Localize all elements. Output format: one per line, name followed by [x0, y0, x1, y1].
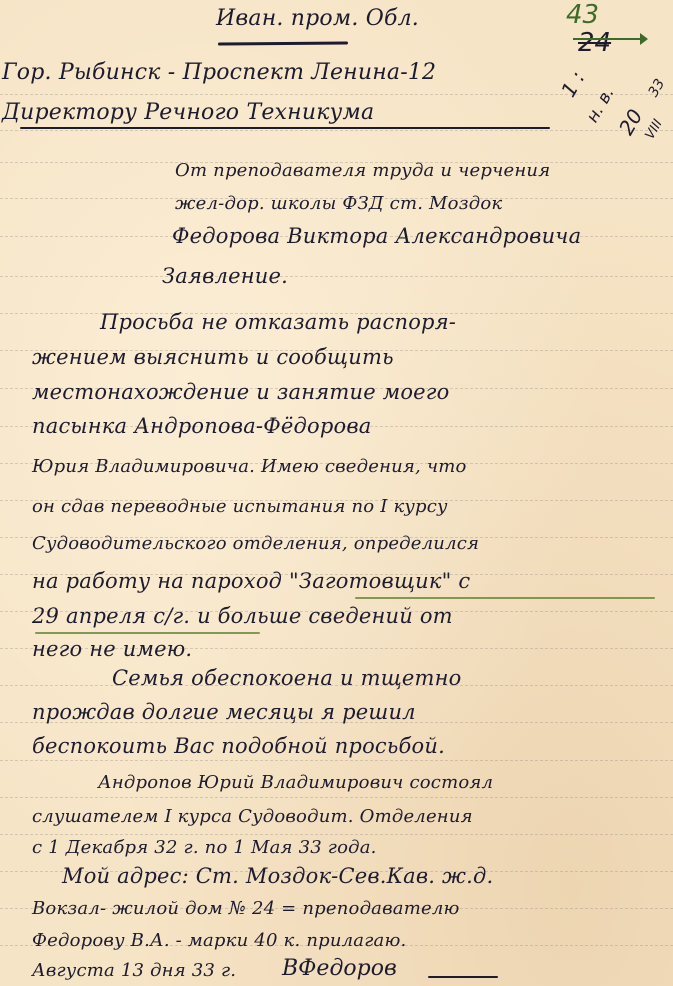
body-line: Вокзал- жилой дом № 24 = преподавателю: [32, 898, 460, 919]
arrow-head-icon: [640, 33, 648, 45]
body-line: 29 апреля с/г. и больше сведений от: [32, 604, 453, 628]
from-line: Федорова Виктора Александровича: [172, 224, 581, 248]
body-line: Андропов Юрий Владимирович состоял: [98, 772, 493, 793]
body-line: Мой адрес: Ст. Моздок-Сев.Кав. ж.д.: [62, 864, 493, 888]
ruled-line: [0, 797, 673, 798]
crossed-number: 24: [578, 28, 611, 58]
body-line: местонахождение и занятие моего: [32, 380, 449, 404]
body-line: Семья обеспокоена и тщетно: [112, 666, 462, 690]
ruled-line: [0, 130, 673, 131]
signature-flourish: [428, 976, 498, 978]
address-line: Директору Речного Техникума: [2, 100, 374, 125]
document-title: Заявление.: [162, 264, 288, 288]
address-line: Гор. Рыбинск - Проспект Ленина-12: [2, 60, 436, 85]
body-line: Юрия Владимировича. Имею сведения, что: [32, 456, 467, 477]
body-line: на работу на пароход "Заготовщик" с: [32, 569, 470, 593]
margin-arrow: [573, 38, 645, 40]
body-line: прождав долгие месяцы я решил: [32, 700, 416, 724]
from-line: От преподавателя труда и черчения: [175, 160, 550, 181]
archive-number: 43: [566, 0, 599, 30]
green-underline: [355, 597, 655, 599]
body-line: с 1 Декабря 32 г. по 1 Мая 33 года.: [32, 837, 377, 858]
body-line: пасынка Андропова-Фёдорова: [32, 414, 371, 438]
ruled-line: [0, 760, 673, 761]
body-line: беспокоить Вас подобной просьбой.: [32, 734, 445, 758]
body-line: Августа 13 дня 33 г.: [32, 960, 236, 981]
body-line: Федорову В.А. - марки 40 к. прилагаю.: [32, 930, 406, 951]
ruled-line: [0, 834, 673, 835]
body-line: он сдав переводные испытания по I курсу: [32, 496, 448, 517]
green-underline: [35, 632, 260, 634]
body-line: Просьба не отказать распоря-: [100, 310, 456, 334]
document-header: Иван. пром. Обл.: [216, 6, 419, 31]
from-line: жел-дор. школы ФЗД ст. Моздок: [175, 193, 502, 214]
ruled-line: [0, 276, 673, 277]
body-line: Судоводительского отделения, определился: [32, 533, 479, 554]
body-line: него не имею.: [32, 637, 192, 661]
body-line: жением выяснить и сообщить: [32, 345, 394, 369]
signature: ВФедоров: [282, 956, 397, 981]
address-underline: [20, 127, 550, 129]
body-line: слушателем I курса Судоводит. Отделения: [32, 806, 473, 827]
